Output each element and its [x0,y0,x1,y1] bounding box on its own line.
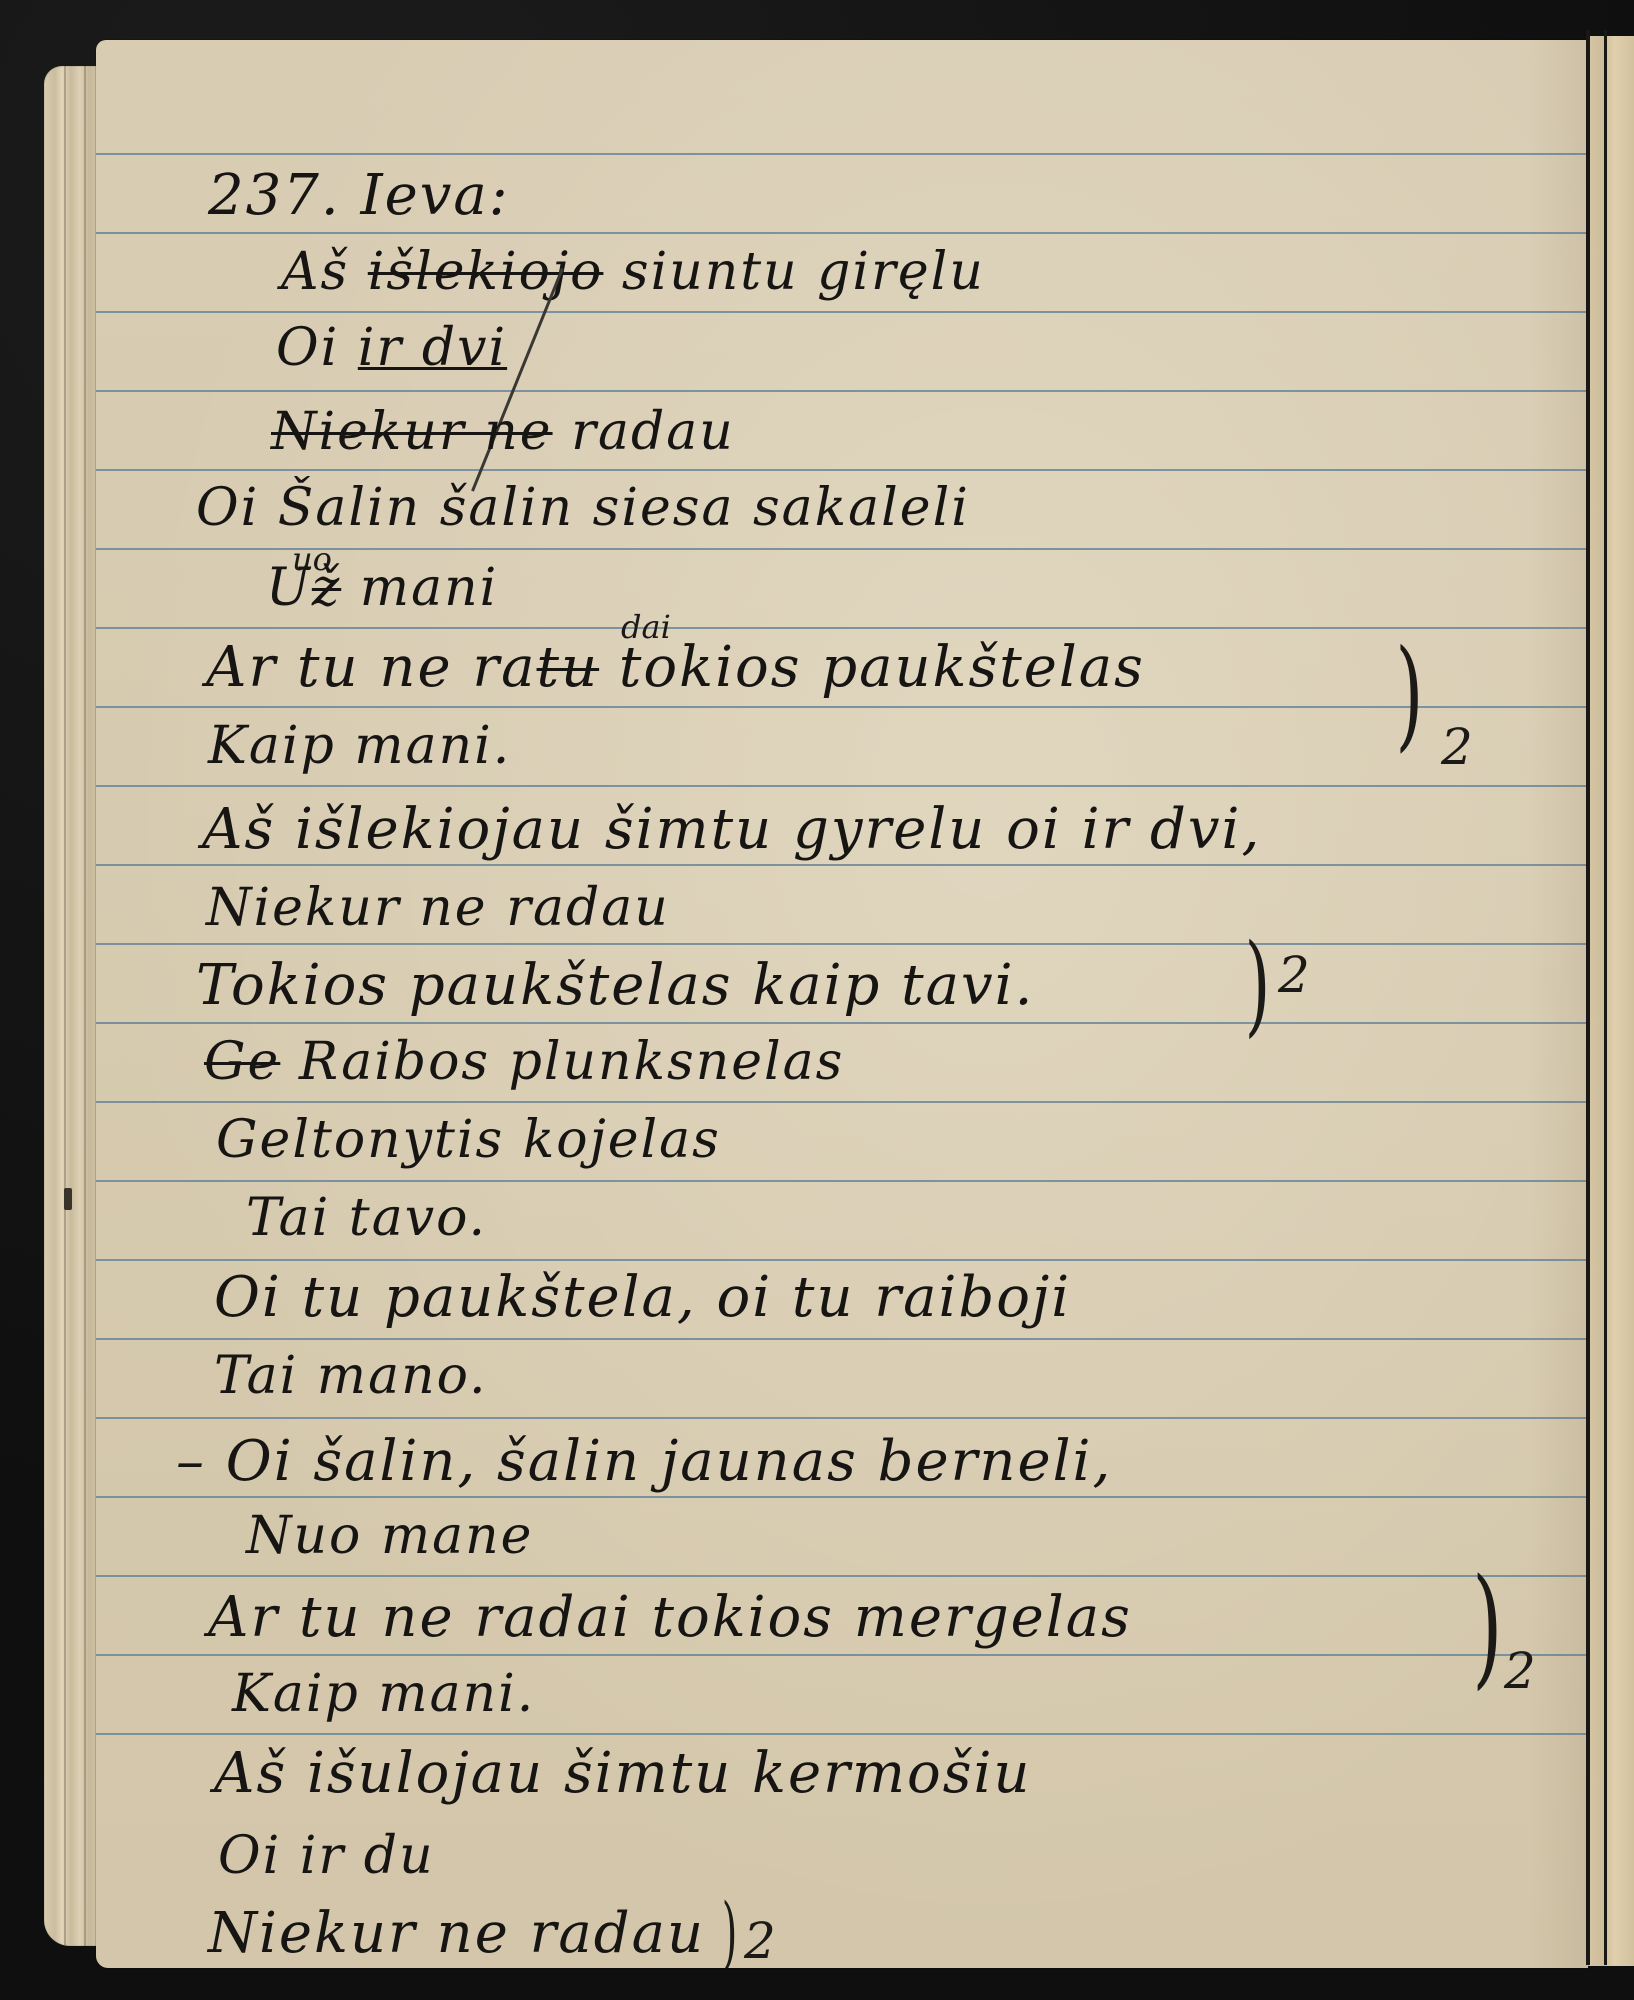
struck-text: tu [537,635,600,700]
handwritten-line-7: Kaip mani. [208,720,511,772]
repeat-bracket: ) [1245,920,1271,1048]
line-text: mani [341,558,498,618]
line-text: Ar tu ne ra [206,635,537,700]
handwritten-line-16: – Oi šalin, šalin jaunas berneli, [176,1434,1112,1490]
repeat-count: 2 [744,1912,776,1968]
notebook-page: 237. Ieva: Aš išlekiojo siuntu giręlu Oi… [96,40,1588,1968]
line-text: Aš [281,242,368,302]
handwritten-line-10: Tokios paukštelas kaip tavi. [196,958,1034,1014]
underlined-text: ir dvi [358,318,507,378]
handwritten-line-2: Oi ir dvi [276,322,507,374]
handwritten-line-13: Tai tavo. [246,1192,487,1244]
handwritten-line-9: Niekur ne radau [206,882,670,934]
binding-line [1586,30,1590,1965]
handwritten-line-8: Aš išlekiojau šimtu gyrelu oi ir dvi, [202,802,1261,858]
handwritten-line-4: Oi Šalin šalin siesa sakaleli [196,482,970,534]
song-heading: 237. Ieva: [208,168,510,224]
line-text: siuntu giręlu [603,242,984,302]
struck-text: ž [312,558,341,618]
handwritten-line-15: Tai mano. [214,1350,488,1402]
handwritten-line-12: Geltonytis kojelas [216,1114,721,1166]
handwritten-line-11: Ge Raibos plunksnelas [204,1036,844,1088]
handwritten-line-21: Oi ir du [218,1830,435,1882]
next-page-edge [1586,36,1634,1966]
repeat-bracket: ) [1395,625,1423,764]
handwritten-line-14: Oi tu paukštela, oi tu raiboji [214,1270,1071,1326]
struck-text: išlekiojo [368,242,604,302]
handwritten-line-3: Niekur ne radau [271,406,735,458]
repeat-count: 2 [1441,718,1473,776]
repeat-count: 2 [1504,1642,1536,1700]
repeat-bracket: ) [722,1886,738,1968]
line-text: tokios paukštelas [599,635,1145,700]
binding-line [1604,30,1607,1965]
handwritten-line-18: Ar tu ne radai tokios mergelas [208,1590,1132,1646]
line-text: Oi [276,318,358,378]
struck-text: Ge [204,1032,280,1092]
line-text: Raibos plunksnelas [280,1032,844,1092]
handwritten-line-22: Niekur ne radau [208,1906,705,1962]
handwritten-line-5: Už mani [266,562,498,614]
handwritten-line-20: Aš išulojau šimtu kermošiu [214,1746,1031,1802]
handwritten-line-1: Aš išlekiojo siuntu giręlu [281,246,985,298]
handwritten-line-6: Ar tu ne ratu tokios paukštelas [206,640,1145,696]
line-text: U [266,558,312,618]
repeat-bracket: ) [1472,1550,1502,1702]
repeat-count: 2 [1278,946,1310,1004]
handwritten-line-17: Nuo mane [246,1510,533,1562]
edge-stain [64,1188,72,1210]
struck-text: Niekur ne [271,402,553,462]
page-stack-edges [44,66,104,1946]
line-text: radau [553,402,735,462]
handwritten-line-19: Kaip mani. [232,1668,535,1720]
